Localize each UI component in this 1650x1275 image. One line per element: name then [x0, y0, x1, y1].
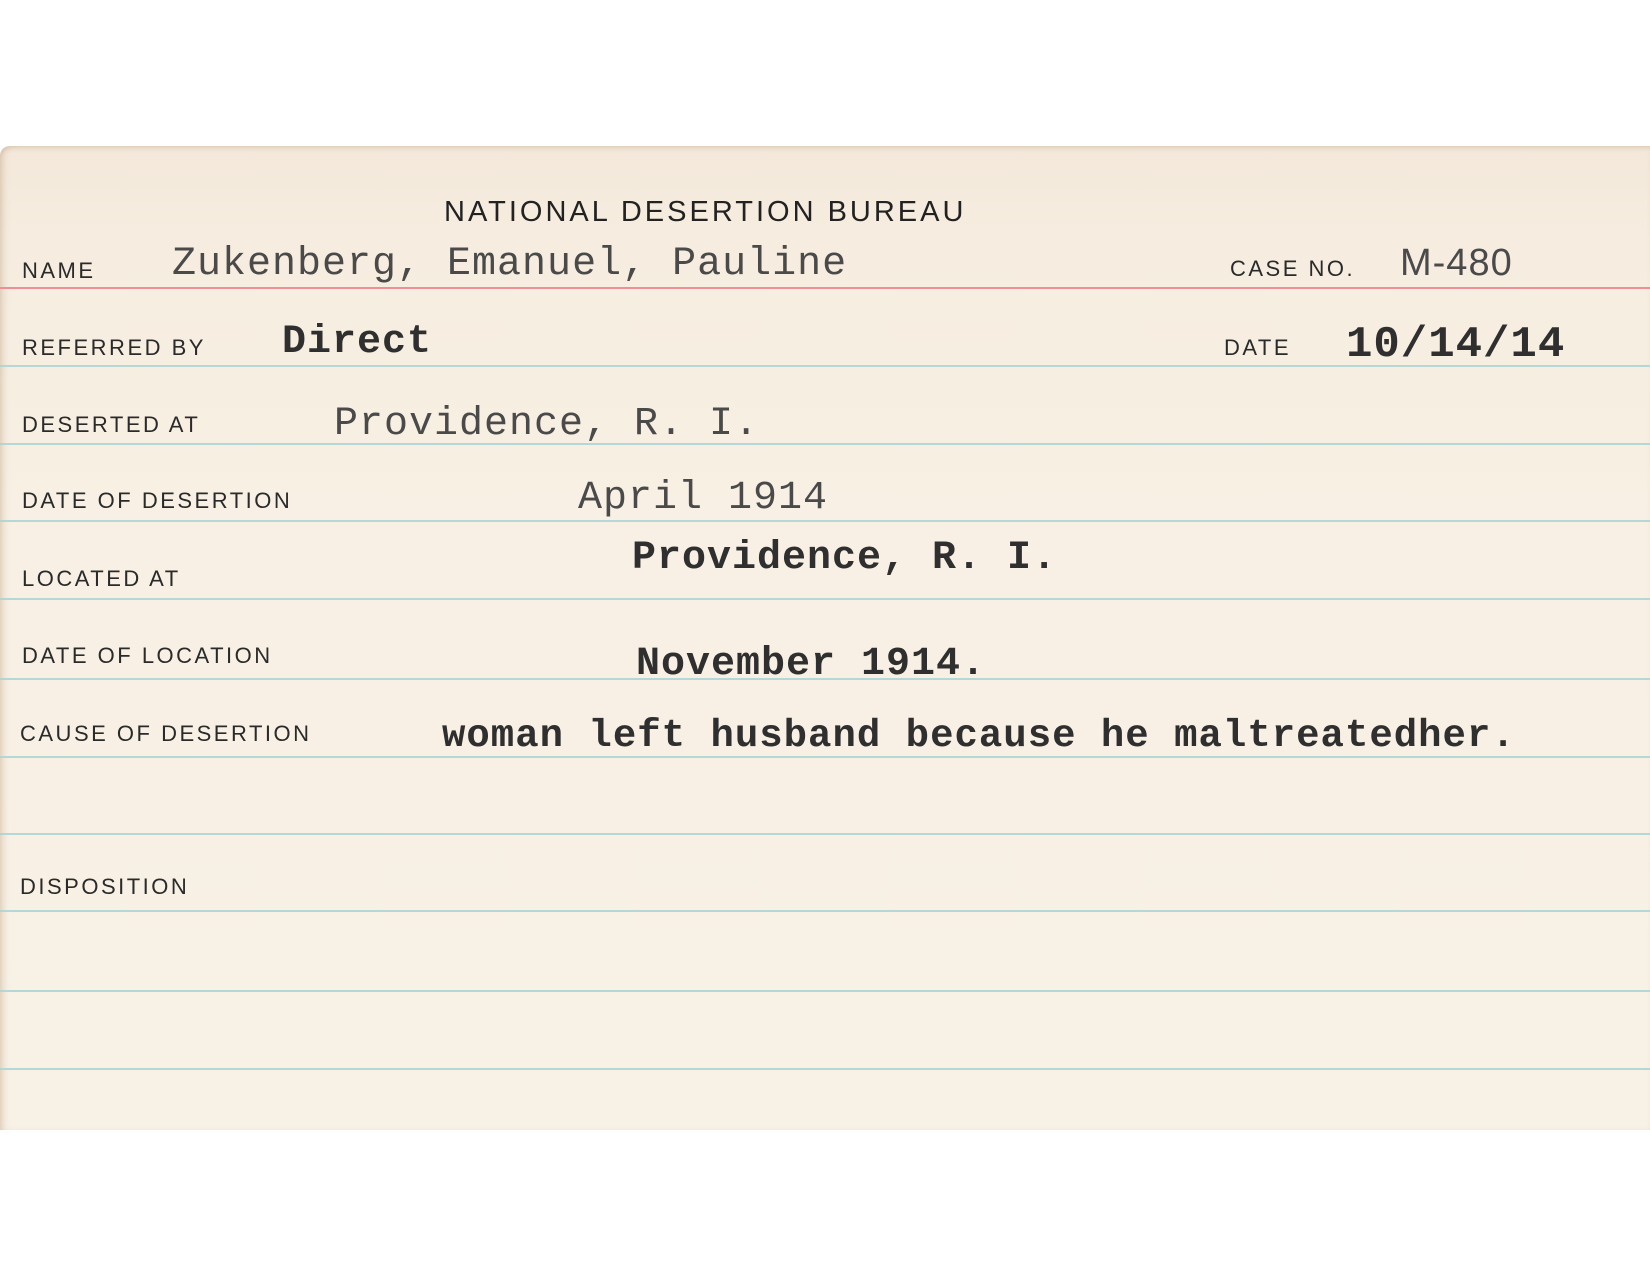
- date-of-location-label: DATE OF LOCATION: [22, 643, 273, 669]
- card-title: NATIONAL DESERTION BUREAU: [444, 196, 966, 229]
- date-of-desertion-label: DATE OF DESERTION: [22, 488, 292, 514]
- ruled-line: [0, 1068, 1650, 1070]
- disposition-label: DISPOSITION: [20, 874, 189, 900]
- located-at-value: Providence, R. I.: [632, 536, 1057, 581]
- ruled-line: [0, 833, 1650, 835]
- red-header-rule: [0, 287, 1650, 289]
- date-of-desertion-value: April 1914: [578, 476, 828, 521]
- deserted-at-label: DESERTED AT: [22, 412, 200, 438]
- cause-of-desertion-value: woman left husband because he maltreated…: [442, 714, 1516, 758]
- referred-by-label: REFERRED BY: [22, 335, 206, 361]
- index-card: NATIONAL DESERTION BUREAU NAME Zukenberg…: [0, 146, 1650, 1130]
- ruled-line: [0, 598, 1650, 600]
- located-at-label: LOCATED AT: [22, 566, 181, 592]
- date-of-location-value: November 1914.: [636, 642, 986, 687]
- date-label: DATE: [1224, 335, 1291, 361]
- name-label: NAME: [22, 258, 96, 284]
- cause-of-desertion-label: CAUSE OF DESERTION: [20, 721, 312, 747]
- name-value: Zukenberg, Emanuel, Pauline: [172, 242, 847, 287]
- case-no-label: CASE No.: [1230, 256, 1355, 282]
- date-value: 10/14/14: [1346, 320, 1565, 370]
- deserted-at-value: Providence, R. I.: [334, 402, 759, 447]
- referred-by-value: Direct: [282, 320, 432, 365]
- ruled-line: [0, 910, 1650, 912]
- ruled-line: [0, 443, 1650, 445]
- case-no-value: M-480: [1400, 242, 1513, 285]
- ruled-line: [0, 990, 1650, 992]
